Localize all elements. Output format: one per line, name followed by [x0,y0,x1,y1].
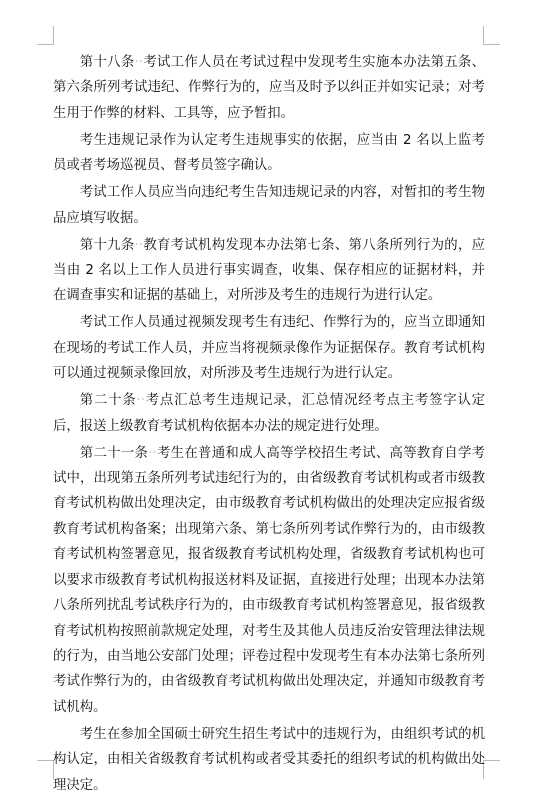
paragraph: 考生在参加全国硕士研究生招生考试中的违规行为，由组织考试的机构认定，由相关省级教… [53,722,485,798]
article-number: 第二十一条 [80,446,148,461]
paragraph-text: 考生违规记录作为认定考生违规事实的依据，应当由 2 名以上监考员或者考场巡视员、… [53,133,485,173]
paragraph: 考生违规记录作为认定考生违规事实的依据，应当由 2 名以上监考员或者考场巡视员、… [53,128,485,179]
margin-corner-top-left [37,26,54,45]
margin-corner-top-right [483,26,500,45]
document-body[interactable]: 第十八条··考试工作人员在考试过程中发现考生实施本办法第五条、第六条所列考试违纪… [53,50,485,800]
margin-corner-bottom-right [483,760,500,779]
space-formatting-marks: ·· [135,238,144,253]
paragraph-text: 考生在普通和成人高等学校招生考试、高等教育自学考试中，出现第五条所列考试违纪行为… [53,446,485,715]
margin-corner-bottom-left [37,760,54,779]
document-page: 第十八条··考试工作人员在考试过程中发现考生实施本办法第五条、第六条所列考试违纪… [0,0,557,805]
space-formatting-marks: ·· [148,446,157,461]
paragraph-text: 考生在参加全国硕士研究生招生考试中的违规行为，由组织考试的机构认定，由相关省级教… [53,727,485,793]
article-number: 第二十条 [80,393,137,408]
article-number: 第十九条 [80,238,135,253]
paragraph-article-19: 第十九条··教育考试机构发现本办法第七条、第八条所列行为的，应当由 2 名以上工… [53,233,485,309]
paragraph-article-18: 第十八条··考试工作人员在考试过程中发现考生实施本办法第五条、第六条所列考试违纪… [53,50,485,126]
space-formatting-marks: ·· [135,55,144,70]
paragraph: 考试工作人员通过视频发现考生有违纪、作弊行为的，应当立即通知在现场的考试工作人员… [53,310,485,386]
paragraph-text: 考试工作人员应当向违纪考生告知违规记录的内容，对暂扣的考生物品应填写收据。 [53,185,485,225]
paragraph-article-21: 第二十一条··考生在普通和成人高等学校招生考试、高等教育自学考试中，出现第五条所… [53,441,485,720]
paragraph: 考试工作人员应当向违纪考生告知违规记录的内容，对暂扣的考生物品应填写收据。 [53,180,485,231]
space-formatting-marks: ·· [136,393,145,408]
article-number: 第十八条 [80,55,135,70]
paragraph-article-20: 第二十条··考点汇总考生违规记录，汇总情况经考点主考签字认定后，报送上级教育考试… [53,388,485,439]
paragraph-text: 考试工作人员通过视频发现考生有违纪、作弊行为的，应当立即通知在现场的考试工作人员… [53,315,485,381]
